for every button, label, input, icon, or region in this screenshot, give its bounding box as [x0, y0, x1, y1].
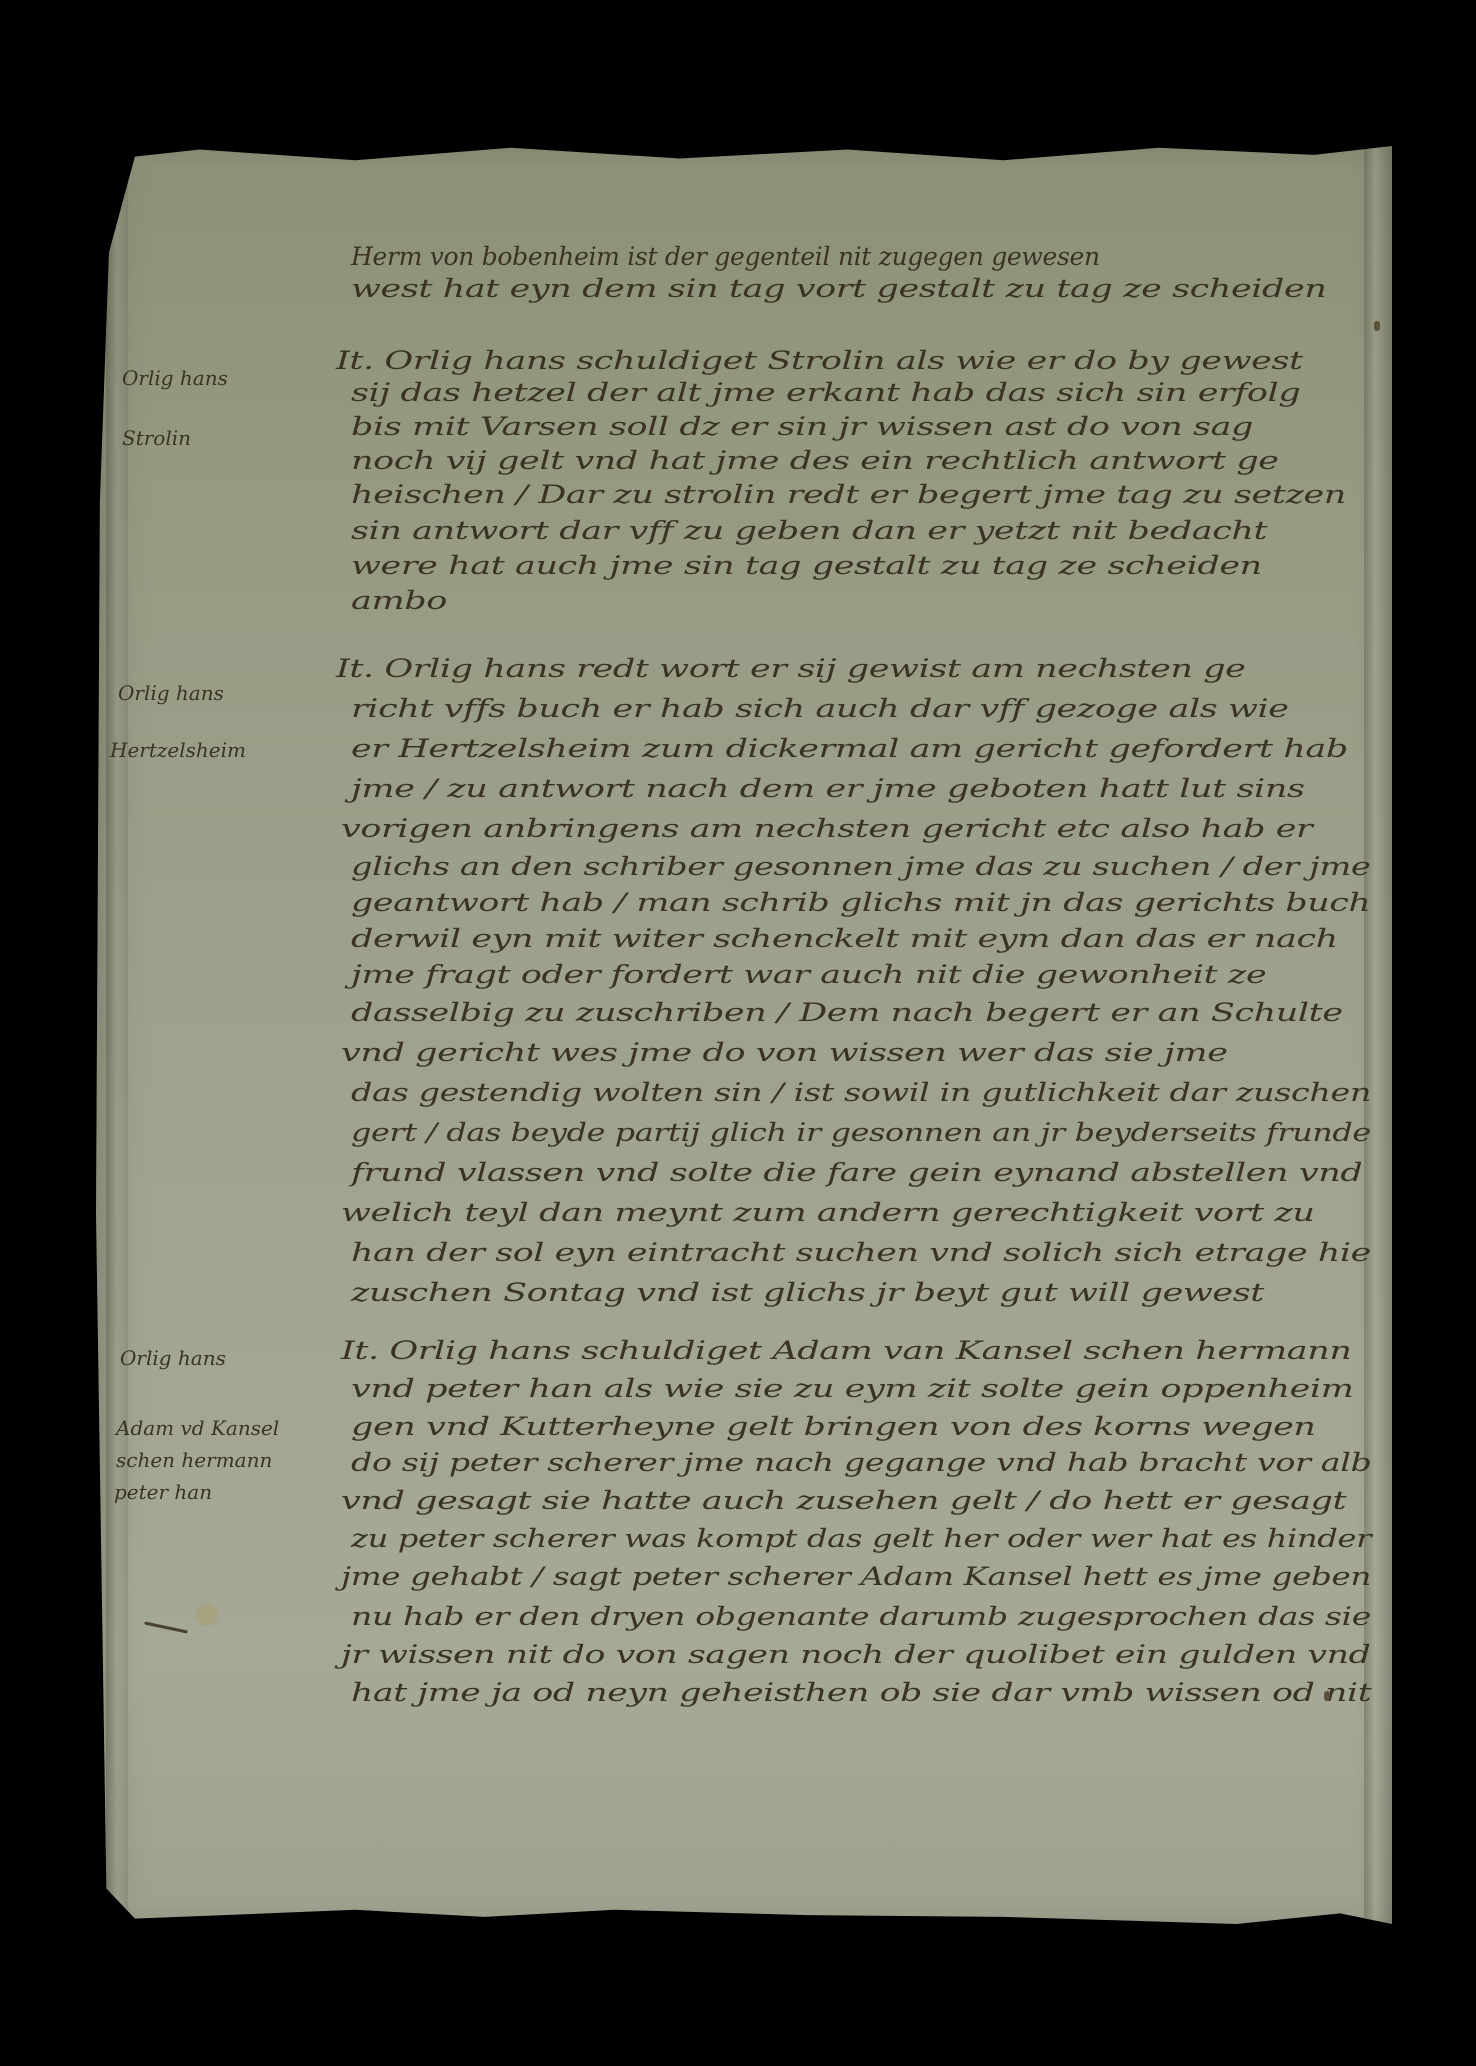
- text-line: dasselbig zu zuschriben / Dem nach beger…: [351, 998, 1343, 1027]
- margin-note: schen hermann: [116, 1448, 272, 1472]
- margin-note: Strolin: [122, 426, 191, 450]
- text-line: vorigen anbringens am nechsten gericht e…: [341, 814, 1312, 843]
- margin-note: Adam vd Kansel: [116, 1416, 279, 1440]
- text-line: geantwort hab / man schrib glichs mit jn…: [351, 888, 1370, 917]
- margin-note: peter han: [114, 1480, 212, 1504]
- text-line: er Hertzelsheim zum dickermal am gericht…: [351, 734, 1348, 763]
- text-line: hat jme ja od neyn geheisthen ob sie dar…: [351, 1678, 1371, 1707]
- ink-spot: [1324, 1691, 1330, 1701]
- text-line: heischen / Dar zu strolin redt er begert…: [351, 480, 1346, 509]
- text-line: vnd gesagt sie hatte auch zusehen gelt /…: [341, 1486, 1346, 1515]
- text-line: west hat eyn dem sin tag vort gestalt zu…: [351, 274, 1326, 303]
- text-line: welich teyl dan meynt zum andern gerecht…: [341, 1198, 1315, 1227]
- text-line: richt vffs buch er hab sich auch dar vff…: [351, 694, 1289, 723]
- text-line: ambo: [351, 586, 447, 615]
- text-line: bis mit Varsen soll dz er sin jr wissen …: [351, 412, 1253, 441]
- margin-note: Orlig hans: [120, 1346, 226, 1370]
- text-line: frund vlassen vnd solte die fare gein ey…: [351, 1158, 1362, 1187]
- text-line: It. Orlig hans schuldiget Strolin als wi…: [336, 346, 1303, 375]
- margin-note: Orlig hans: [122, 366, 228, 390]
- text-line: jme fragt oder fordert war auch nit die …: [351, 960, 1266, 989]
- text-line: vnd peter han als wie sie zu eym zit sol…: [351, 1374, 1353, 1403]
- ink-spot: [1374, 321, 1380, 331]
- text-line: zu peter scherer was kompt das gelt her …: [351, 1524, 1371, 1553]
- text-line: It. Orlig hans schuldiget Adam van Kanse…: [341, 1336, 1352, 1365]
- margin-note: Orlig hans: [118, 681, 224, 705]
- text-line: sij das hetzel der alt jme erkant hab da…: [351, 378, 1300, 407]
- text-line: han der sol eyn eintracht suchen vnd sol…: [351, 1238, 1371, 1267]
- page-crease: [106, 146, 128, 1924]
- text-line: gen vnd Kutterheyne gelt bringen von des…: [351, 1412, 1316, 1441]
- text-line: zuschen Sontag vnd ist glichs jr beyt gu…: [351, 1278, 1264, 1307]
- paper-stain: [196, 1604, 218, 1626]
- margin-ink-stroke: [144, 1621, 188, 1633]
- text-line: jme / zu antwort nach dem er jme geboten…: [351, 774, 1305, 803]
- manuscript-page: Herm von bobenheim ist der gegenteil nit…: [96, 146, 1392, 1924]
- text-line: do sij peter scherer jme nach gegange vn…: [351, 1448, 1371, 1477]
- text-line: glichs an den schriber gesonnen jme das …: [351, 852, 1370, 881]
- text-line: noch vij gelt vnd hat jme des ein rechtl…: [351, 446, 1279, 475]
- text-line: Herm von bobenheim ist der gegenteil nit…: [351, 242, 1371, 271]
- text-line: gert / das beyde partij glich ir gesonne…: [351, 1118, 1371, 1147]
- text-line: sin antwort dar vff zu geben dan er yetz…: [351, 516, 1267, 545]
- text-line: das gestendig wolten sin / ist sowil in …: [351, 1078, 1371, 1107]
- text-line: were hat auch jme sin tag gestalt zu tag…: [351, 551, 1262, 580]
- text-line: jr wissen nit do von sagen noch der quol…: [341, 1640, 1370, 1669]
- text-line: vnd gericht wes jme do von wissen wer da…: [341, 1038, 1227, 1067]
- margin-note: Hertzelsheim: [110, 738, 246, 762]
- text-line: derwil eyn mit witer schenckelt mit eym …: [351, 924, 1338, 953]
- text-line: nu hab er den dryen obgenante darumb zug…: [351, 1602, 1371, 1631]
- text-line: It. Orlig hans redt wort er sij gewist a…: [336, 654, 1245, 683]
- text-line: jme gehabt / sagt peter scherer Adam Kan…: [341, 1562, 1371, 1591]
